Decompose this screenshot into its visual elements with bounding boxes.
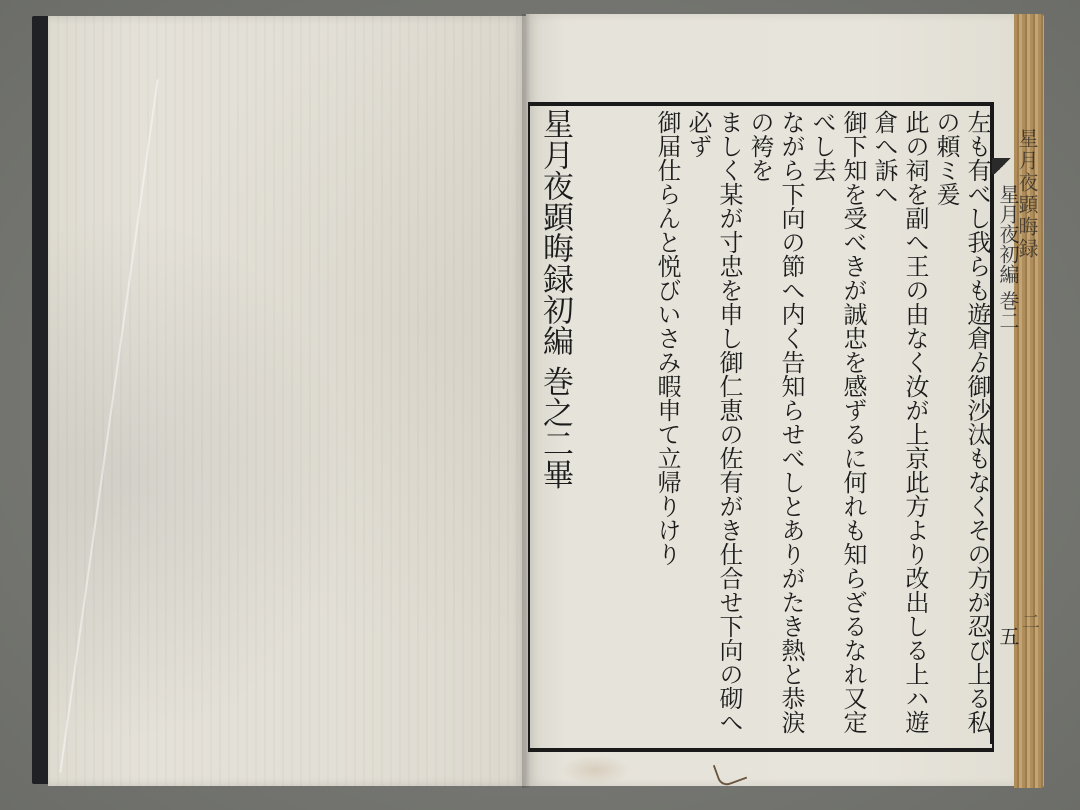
fish-tail-mark-icon <box>992 158 1014 174</box>
text-line: 左も有べし我らも遊倉ゟ御沙汰もなくその方が忍び上る私の頼ミ爰 <box>930 110 992 740</box>
hanshin-margin: 星月夜初編 巻二 五 <box>990 104 1016 744</box>
text-line: ながら下向の節へ内く告知らせべしとありがたき熱と恭涙の袴を <box>744 110 806 740</box>
text-line: 御届仕らんと悦びいさみ暇申て立帰りけり <box>651 110 682 740</box>
text-line: 此の祠を副へ王の由なく汝が上京此方より改出しる上ハ遊倉へ訴へ <box>868 110 930 740</box>
main-text-block: 左も有べし我らも遊倉ゟ御沙汰もなくその方が忍び上る私の頼ミ爰 此の祠を副へ王の由… <box>744 110 992 740</box>
water-stain <box>560 755 630 785</box>
text-line: 御下知を受べきが誠忠を感ずるに何れも知らざるなれ又定べし去 <box>806 110 868 740</box>
paper-texture <box>48 16 526 786</box>
text-line: ましく某が寸忠を申し御仁恵の佐有がき仕合せ下向の砌へ必ず <box>682 110 744 740</box>
left-page-blank <box>48 16 526 786</box>
margin-title: 星月夜初編 巻二 <box>994 184 1023 330</box>
page-number: 五 <box>994 626 1023 646</box>
volume-end-title: 星月夜顕晦録初編 巻之二畢 <box>530 108 580 508</box>
